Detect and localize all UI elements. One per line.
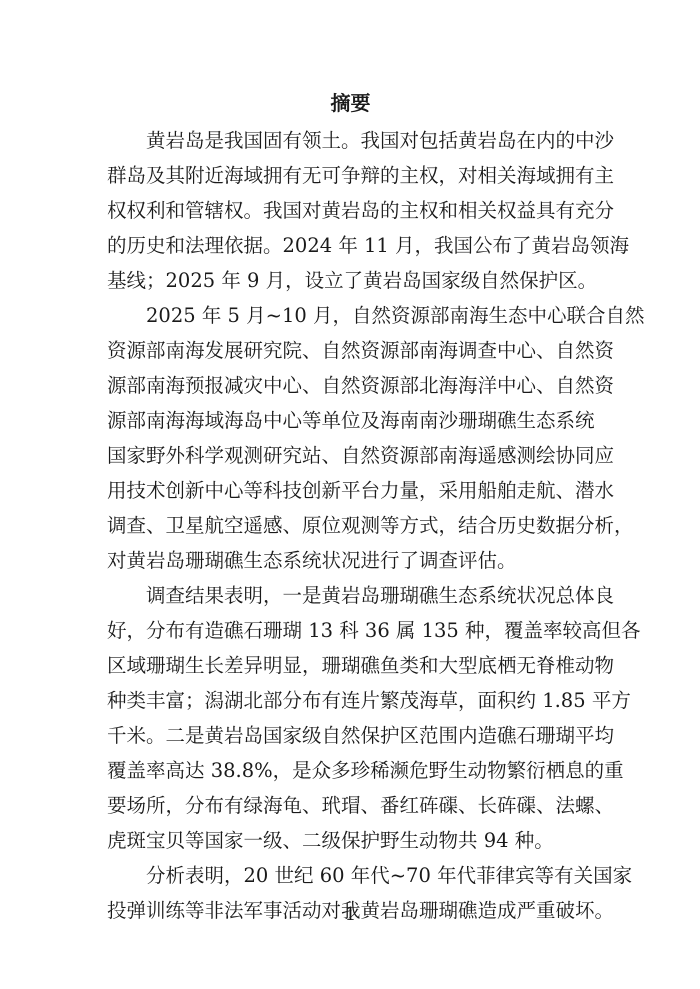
text-line: 黄岩岛是我国固有领土。我国对包括黄岩岛在内的中沙 bbox=[107, 123, 594, 158]
text-line: 调查、卫星航空遥感、原位观测等方式，结合历史数据分析， bbox=[107, 508, 594, 543]
text-line: 种类丰富；潟湖北部分布有连片繁茂海草，面积约 1.85 平方 bbox=[107, 683, 594, 718]
text-line: 源部南海预报减灾中心、自然资源部北海海洋中心、自然资 bbox=[107, 368, 594, 403]
text-line: 覆盖率高达 38.8%，是众多珍稀濒危野生动物繁衍栖息的重 bbox=[107, 753, 594, 788]
text-line: 调查结果表明，一是黄岩岛珊瑚礁生态系统状况总体良 bbox=[107, 578, 594, 613]
text-line: 区域珊瑚生长差异明显，珊瑚礁鱼类和大型底栖无脊椎动物 bbox=[107, 648, 594, 683]
text-line: 要场所，分布有绿海龟、玳瑁、番红砗磲、长砗磲、法螺、 bbox=[107, 788, 594, 823]
text-line: 国家野外科学观测研究站、自然资源部南海遥感测绘协同应 bbox=[107, 438, 594, 473]
abstract-body: 黄岩岛是我国固有领土。我国对包括黄岩岛在内的中沙群岛及其附近海域拥有无可争辩的主… bbox=[107, 123, 594, 928]
page-title: 摘要 bbox=[107, 88, 594, 118]
page-number: 1 bbox=[107, 903, 594, 927]
text-line: 用技术创新中心等科技创新平台力量，采用船舶走航、潜水 bbox=[107, 473, 594, 508]
text-line: 千米。二是黄岩岛国家级自然保护区范围内造礁石珊瑚平均 bbox=[107, 718, 594, 753]
text-line: 权权利和管辖权。我国对黄岩岛的主权和相关权益具有充分 bbox=[107, 193, 594, 228]
text-line: 对黄岩岛珊瑚礁生态系统状况进行了调查评估。 bbox=[107, 543, 594, 578]
text-line: 源部南海海域海岛中心等单位及海南南沙珊瑚礁生态系统 bbox=[107, 403, 594, 438]
text-line: 分析表明，20 世纪 60 年代~70 年代菲律宾等有关国家 bbox=[107, 858, 594, 893]
text-line: 群岛及其附近海域拥有无可争辩的主权，对相关海域拥有主 bbox=[107, 158, 594, 193]
text-line: 2025 年 5 月~10 月，自然资源部南海生态中心联合自然 bbox=[107, 298, 594, 333]
text-line: 资源部南海发展研究院、自然资源部南海调查中心、自然资 bbox=[107, 333, 594, 368]
text-line: 的历史和法理依据。2024 年 11 月，我国公布了黄岩岛领海 bbox=[107, 228, 594, 263]
text-line: 好，分布有造礁石珊瑚 13 科 36 属 135 种，覆盖率较高但各 bbox=[107, 613, 594, 648]
text-line: 虎斑宝贝等国家一级、二级保护野生动物共 94 种。 bbox=[107, 823, 594, 858]
text-line: 基线；2025 年 9 月，设立了黄岩岛国家级自然保护区。 bbox=[107, 263, 594, 298]
